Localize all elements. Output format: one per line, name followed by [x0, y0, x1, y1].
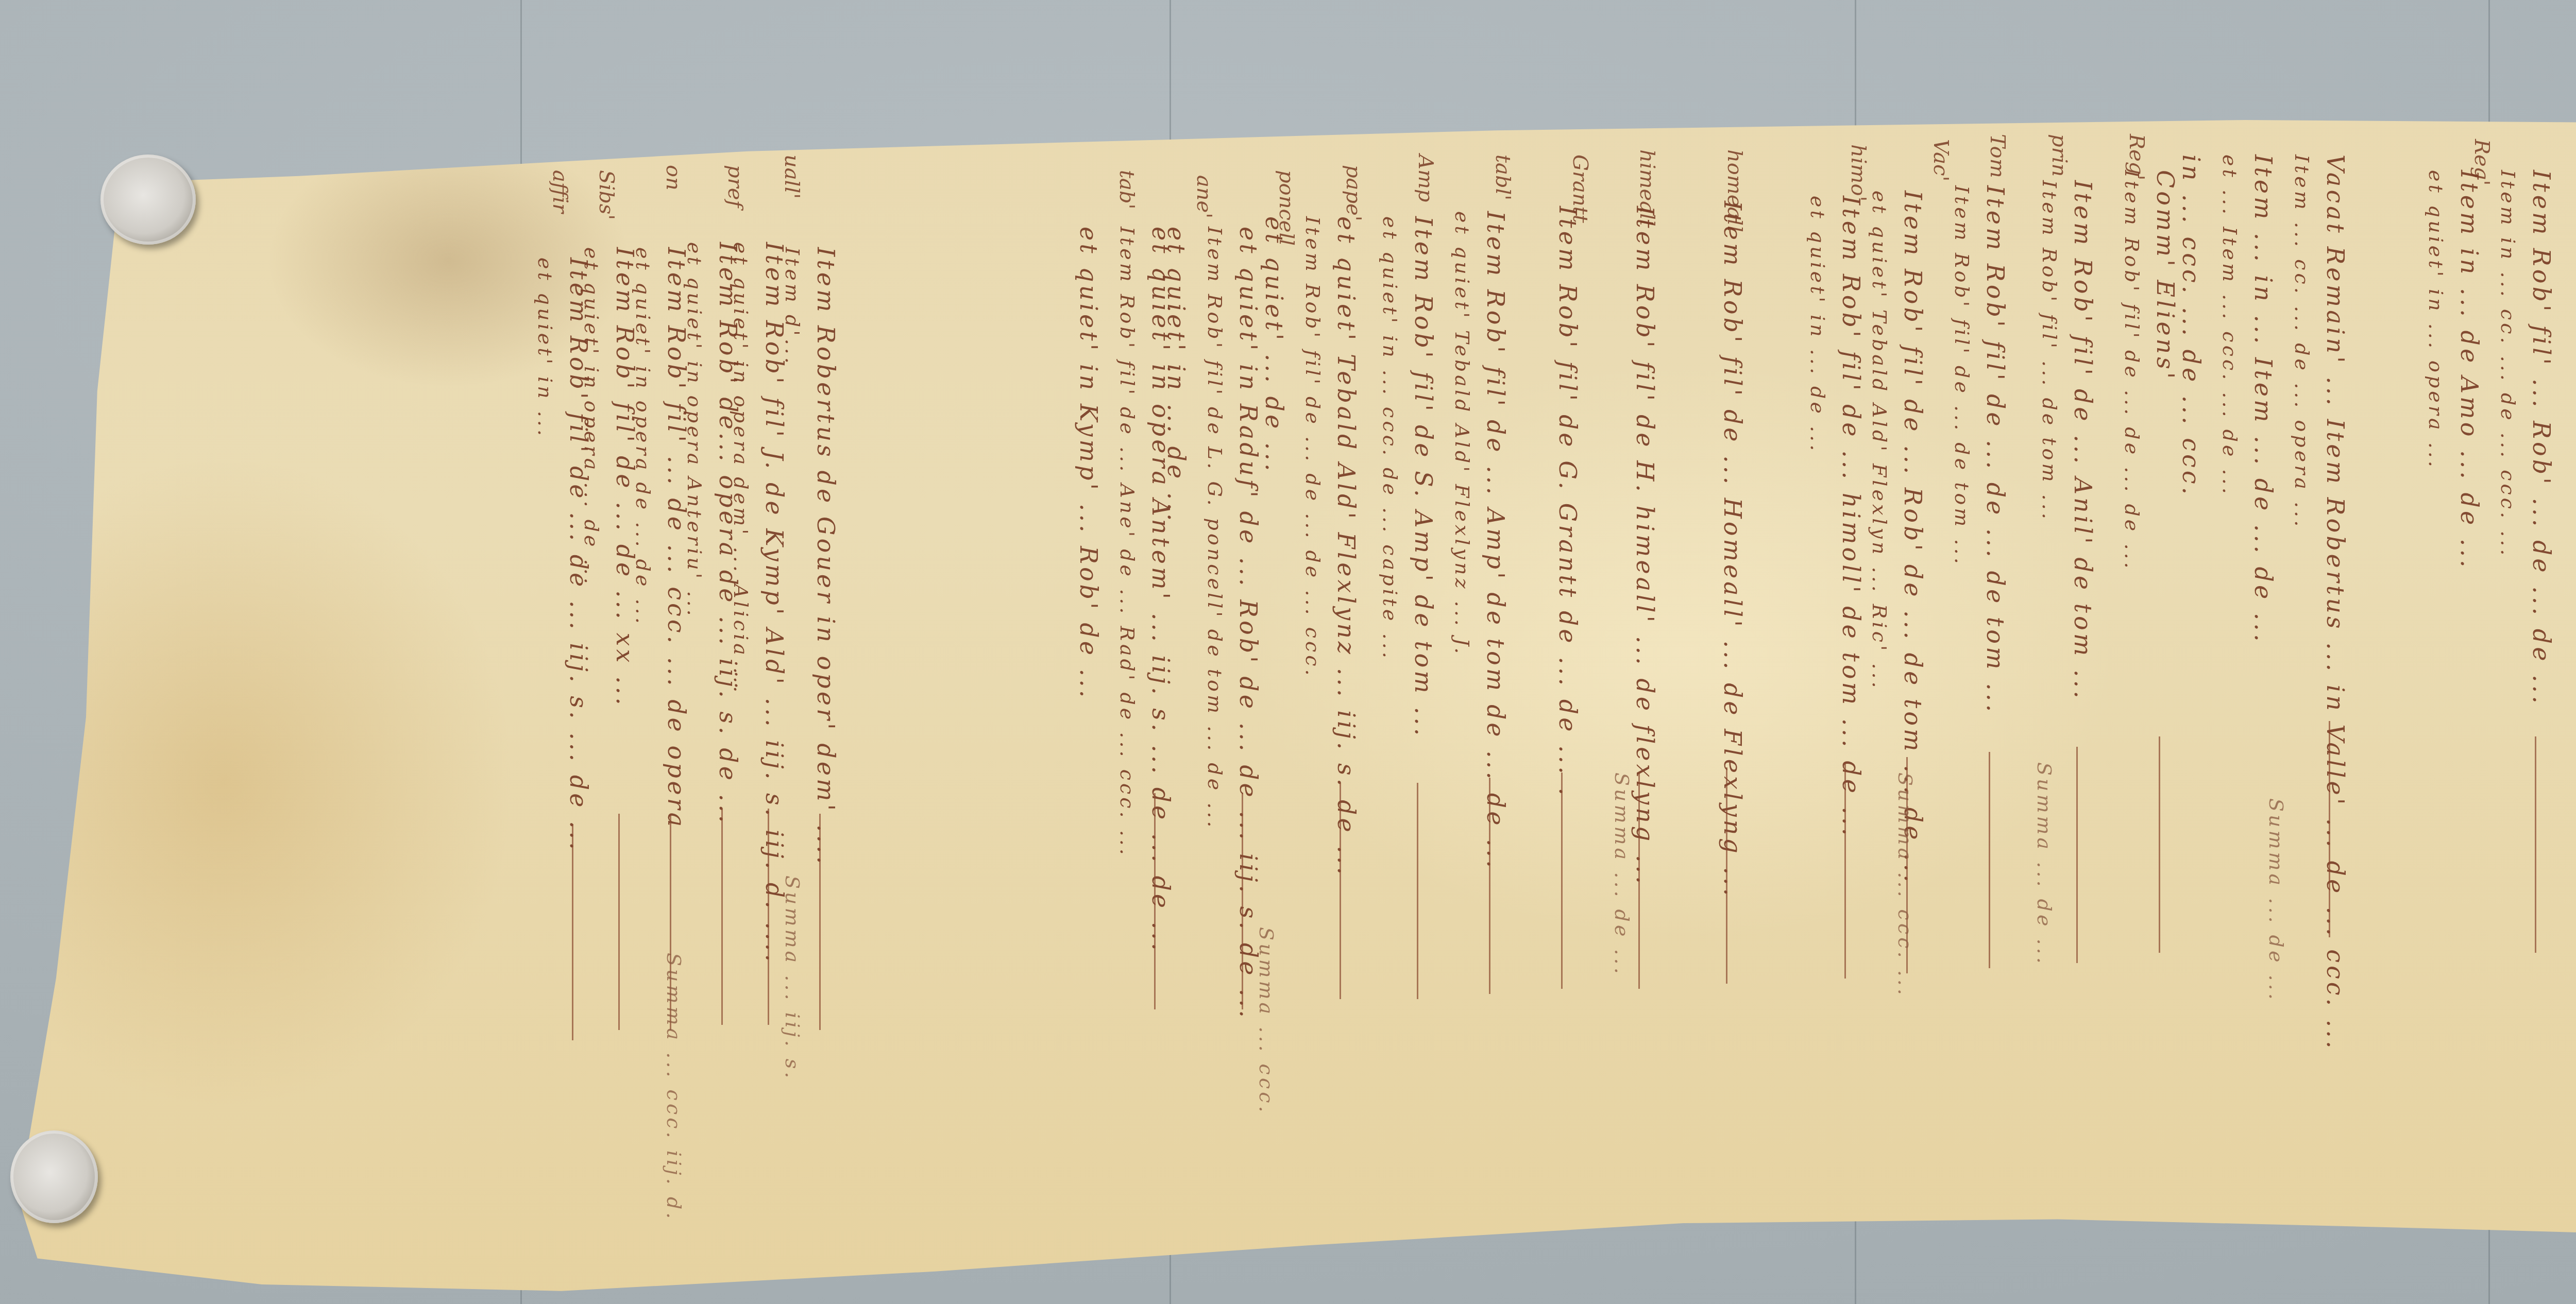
manuscript-line: Item Rob' fil' de G. Grantt de ... de ..… — [1554, 206, 1582, 798]
manuscript-line: et quiet' in ... de ... — [1162, 227, 1190, 524]
sum-entry: Summa ... ccc. ... — [1894, 773, 1917, 998]
manuscript-line: et quiet' in Kymp' ... Rob' de ... — [1075, 227, 1103, 700]
manuscript-line: in ... ccc. ... de ... ccc. — [2177, 155, 2205, 497]
manuscript-line: Item Rob' fil' J. de Kymp' Ald' ... iij.… — [760, 242, 788, 965]
manuscript-line: Item Rob' fil' de ... Ane' de ... Rad' d… — [1116, 227, 1139, 858]
marginal-note: homeall — [1723, 149, 1747, 232]
manuscript-line: Item Rob' fil' de ... himoll' de tom ...… — [1837, 196, 1865, 838]
marginal-note: uall' — [780, 155, 804, 199]
manuscript-line: Item Rob' fil' de ... de ... de ... — [2121, 170, 2143, 572]
marginal-note: poncell — [1275, 170, 1298, 246]
manuscript-line: et quiet' in ... opera ... — [2425, 170, 2447, 470]
ruled-line — [1417, 783, 1418, 999]
manuscript-line: et quiet' in Raduf' de ... Rob' de ... d… — [1234, 227, 1262, 1021]
ruled-line — [618, 814, 620, 1030]
manuscript-line: Item Robertus de Gouer in oper' dem' ...… — [812, 247, 840, 867]
manuscript-line: Item Rob' fil' de L. G. poncell' de tom … — [1204, 227, 1226, 830]
manuscript-line: Item ... in ... Item ... de ... de ... — [2249, 155, 2277, 645]
manuscript-line: Item Rob' de... opera de ... iij. s. de … — [714, 242, 742, 826]
manuscript-line: Item Rob' fil' de ... de tom ... — [1951, 185, 1973, 567]
sum-entry: Summa ... ccc. iij. d. — [663, 953, 685, 1222]
sum-entry: Summa ... de ... — [1611, 773, 1633, 977]
manuscript-line: Item ... cc. ... de ... opera ... — [2291, 155, 2313, 529]
manuscript-line: Item in ... cc. ... de ... ccc. ... — [2497, 170, 2519, 558]
ruled-line — [768, 809, 769, 1025]
manuscript-line: Item Rob' fil' de ... Homeall' ... de Fl… — [1719, 201, 1747, 899]
manuscript-line: Item Rob' fil' de ... Anil' de tom ... — [2069, 180, 2097, 701]
manuscript-line: Item Rob' fil' de ... de ... iij. s. ...… — [565, 258, 592, 853]
marginal-note: Grantt — [1568, 155, 1592, 223]
marginal-note: on — [662, 165, 685, 191]
ruled-line — [721, 809, 723, 1025]
marginal-note: Reg' — [2125, 134, 2148, 180]
ruled-line — [1340, 783, 1341, 999]
ruled-line — [2329, 721, 2330, 937]
marginal-note: prin — [2047, 134, 2071, 177]
marginal-note: himeall — [1635, 149, 1659, 227]
ruled-line — [2159, 736, 2160, 953]
marginal-note: pape' — [1342, 165, 1365, 221]
ruled-line — [1561, 773, 1563, 989]
ruled-line — [1154, 793, 1156, 1009]
ruled-line — [1989, 752, 1990, 968]
marginal-note: Tom — [1986, 134, 2009, 178]
sum-entry: Summa ... de ... — [2033, 762, 2056, 967]
marginal-note: tab' — [1115, 170, 1139, 210]
manuscript-line: Comm' Eliens' — [2151, 170, 2179, 382]
sum-entry: Summa ... de ... — [2265, 798, 2287, 1003]
sum-entry: Summa ... ccc. — [1255, 927, 1278, 1116]
manuscript-line: Item in ... de Amo ... de ... — [2455, 170, 2483, 571]
manuscript-line: et ... Item ... ccc. ... de ... — [2218, 155, 2241, 497]
manuscript-line: Item Rob' fil' de ... de ... xx ... — [611, 247, 639, 708]
marginal-note: himo' — [1846, 144, 1870, 202]
manuscript-line: et quiet' Tebald Ald' Flexlynz ... J. — [1451, 211, 1473, 657]
ruled-line — [1242, 793, 1243, 1009]
manuscript-line: Item Rob' fil' de ... de ... de ... ccc. — [1301, 216, 1324, 679]
manuscript-line: Item Rob' fil' de ... Amp' de tom de ...… — [1482, 211, 1510, 871]
ruled-line — [819, 814, 821, 1030]
manuscript-line: Vacat Remain' ... Item Robertus ... in V… — [2321, 155, 2349, 1052]
manuscript-line: et quiet' in ... — [534, 258, 556, 439]
manuscript-line: Item Rob' fil' de H. himeall' ... de fle… — [1631, 206, 1659, 887]
ruled-line — [1638, 773, 1640, 989]
magnet-bottom-left — [10, 1130, 98, 1223]
manuscript-line: et quiet' in ... ccc. de ... capite ... — [1379, 216, 1401, 661]
ruled-line — [1489, 778, 1490, 994]
manuscript-line: Item Rob' fil' ... de ... ccc. ... de op… — [663, 247, 690, 830]
marginal-note: ane' — [1192, 175, 1216, 218]
manuscript-line: et quiet' in ... de ... — [1806, 196, 1829, 454]
ruled-line — [2076, 747, 2078, 963]
ruled-line — [2535, 736, 2536, 953]
magnet-top-left — [100, 155, 196, 245]
manuscript-line: Item Rob' fil' de S. Amp' de tom ... — [1410, 216, 1437, 739]
marginal-note: Amp — [1414, 155, 1437, 202]
marginal-note: tabl' — [1491, 155, 1515, 200]
marginal-note: pref — [723, 165, 747, 208]
ruled-line — [572, 824, 573, 1040]
marginal-note: affir — [548, 170, 572, 213]
manuscript-line: et quiet' ... de ... — [1260, 216, 1288, 474]
marginal-note: Sibs' — [595, 170, 618, 220]
marginal-note: Vac' — [1929, 139, 1953, 181]
manuscript-line: et quiet' Tebald Ald' Flexlynz ... iij. … — [1332, 216, 1360, 878]
sum-entry: Summa ... iij. s. — [781, 876, 804, 1081]
marginal-note: Reg' — [2470, 139, 2494, 185]
ruled-line — [1844, 762, 1846, 979]
manuscript-line: et quiet' Tebald Ald' Flexlyn ... Ric' .… — [1868, 191, 1891, 691]
ruled-line — [1726, 767, 1727, 984]
manuscript-line: Item Rob' fil' ... Rob' ... de ... de ..… — [2528, 170, 2555, 707]
manuscript-line: Item Rob' fil' de ... de ... de tom ... — [1981, 185, 2009, 715]
manuscript-line: Item Rob' fil' ... de tom ... — [2038, 180, 2061, 522]
